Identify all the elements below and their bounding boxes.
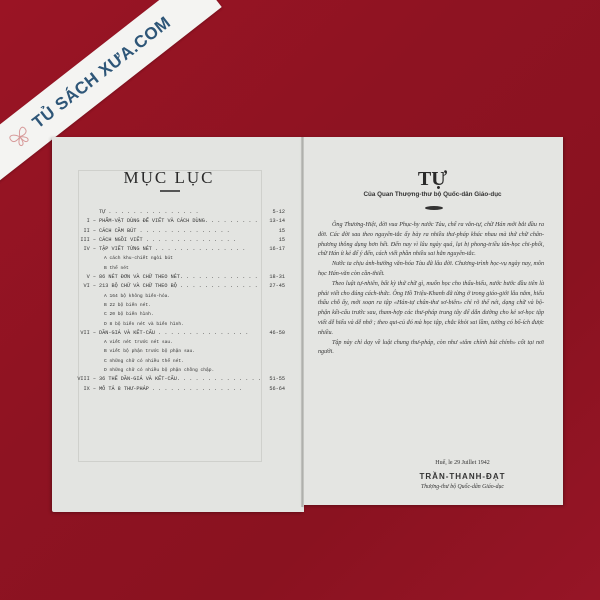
- toc-label: PHẨM-VẬT DÙNG ĐỂ VIẾT VÀ CÁCH DÙNG. . . …: [99, 217, 261, 226]
- preface-body: Ông Thương-Hiệt, đời vua Phục-hy nước Tà…: [318, 221, 544, 358]
- toc-entry: VII –DẦN-GIÁ VÀ KẾT-CẤU . . . . . . . . …: [70, 329, 285, 338]
- table-of-contents: TỰ . . . . . . . . . . . . . . .5-12I –P…: [70, 208, 285, 394]
- toc-num: IV –: [70, 245, 99, 254]
- toc-label: TẬP VIẾT TỪNG NÉT . . . . . . . . . . . …: [99, 245, 261, 254]
- toc-subentry: D những chữ có nhiều bộ phận chồng chập.: [70, 366, 214, 375]
- toc-subentry: A viết nét trước nét sau.: [70, 338, 173, 347]
- toc-entry: TỰ . . . . . . . . . . . . . . .5-12: [70, 208, 285, 217]
- toc-num: I –: [70, 217, 99, 226]
- toc-num: VI –: [70, 282, 99, 291]
- toc-page: 16-17: [261, 245, 285, 254]
- toc-num: [70, 208, 99, 217]
- preface-paragraph: Tập này chỉ dạy về luật chung thư-pháp, …: [318, 339, 544, 359]
- toc-entry: A 164 bộ không biến-hóa.: [70, 292, 285, 301]
- toc-entry: B thể nét: [70, 264, 285, 273]
- toc-label: CÁCH NGỒI VIẾT . . . . . . . . . . . . .…: [99, 236, 261, 245]
- toc-subentry: B thể nét: [70, 264, 129, 273]
- toc-entry: III –CÁCH NGỒI VIẾT . . . . . . . . . . …: [70, 236, 285, 245]
- toc-entry: I –PHẨM-VẬT DÙNG ĐỂ VIẾT VÀ CÁCH DÙNG. .…: [70, 217, 285, 226]
- author-title: Thượng-thư bộ Quốc-dân Giáo-dục: [302, 484, 563, 490]
- toc-entry: II –CÁCH CẦM BÚT . . . . . . . . . . . .…: [70, 227, 285, 236]
- toc-label: 86 NÉT ĐƠN VÀ CHỮ THEO NÉT. . . . . . . …: [99, 273, 261, 282]
- toc-entry: C 20 bộ biến hình.: [70, 310, 285, 319]
- toc-subentry: C 20 bộ biến hình.: [70, 310, 154, 319]
- toc-label: MÔ TẢ 8 THƯ-PHÁP . . . . . . . . . . . .…: [99, 385, 261, 394]
- toc-entry: A viết nét trước nét sau.: [70, 338, 285, 347]
- toc-label: 36 THẾ DẦN-GIÁ VÀ KẾT-CẤU. . . . . . . .…: [99, 375, 261, 384]
- toc-page: 15: [261, 227, 285, 236]
- toc-entry: B viết bộ phận trước bộ phận sau.: [70, 347, 285, 356]
- toc-entry: V –86 NÉT ĐƠN VÀ CHỮ THEO NÉT. . . . . .…: [70, 273, 285, 282]
- toc-num: VII –: [70, 329, 99, 338]
- place-date: Huế, le 29 Juillet 1942: [302, 460, 563, 466]
- toc-label: CÁCH CẦM BÚT . . . . . . . . . . . . . .…: [99, 227, 261, 236]
- toc-page: 27-45: [261, 282, 285, 291]
- toc-subentry: B viết bộ phận trước bộ phận sau.: [70, 347, 195, 356]
- toc-num: VIII –: [70, 375, 99, 384]
- open-book: MỤC LỤC TỰ . . . . . . . . . . . . . . .…: [0, 0, 600, 600]
- ornament-divider: [160, 190, 180, 192]
- toc-entry: IV –TẬP VIẾT TỪNG NÉT . . . . . . . . . …: [70, 245, 285, 254]
- preface-paragraph: Ông Thương-Hiệt, đời vua Phục-hy nước Tà…: [318, 221, 544, 260]
- toc-num: IX –: [70, 385, 99, 394]
- preface-paragraph: Theo luật tự-nhiên, bất kỳ thứ chữ gì, m…: [318, 280, 544, 339]
- toc-page: 46-50: [261, 329, 285, 338]
- toc-page: 13-14: [261, 217, 285, 226]
- toc-entry: VIII –36 THẾ DẦN-GIÁ VÀ KẾT-CẤU. . . . .…: [70, 375, 285, 384]
- toc-page: 56-64: [261, 385, 285, 394]
- toc-label: 213 BỘ CHỮ VÀ CHỮ THEO BỘ . . . . . . . …: [99, 282, 261, 291]
- toc-page: 15: [261, 236, 285, 245]
- toc-subentry: C những chữ có nhiều thể nét.: [70, 357, 184, 366]
- toc-entry: D 8 bộ biến nét và biến hình.: [70, 320, 285, 329]
- toc-num: V –: [70, 273, 99, 282]
- toc-label: TỰ . . . . . . . . . . . . . . .: [99, 208, 261, 217]
- toc-page: 51-55: [261, 375, 285, 384]
- toc-subentry: A 164 bộ không biến-hóa.: [70, 292, 170, 301]
- toc-entry: D những chữ có nhiều bộ phận chồng chập.: [70, 366, 285, 375]
- author-name: TRẦN-THANH-ĐẠT: [302, 472, 563, 481]
- toc-page: 18-31: [261, 273, 285, 282]
- preface-subtitle: Của Quan Thượng-thư bộ Quốc-dân Giáo-dục: [302, 191, 563, 198]
- toc-entry: B 22 bộ biến nét.: [70, 301, 285, 310]
- toc-label: DẦN-GIÁ VÀ KẾT-CẤU . . . . . . . . . . .…: [99, 329, 261, 338]
- preface-title: TỰ: [302, 168, 563, 191]
- toc-page: 5-12: [261, 208, 285, 217]
- toc-subentry: A cách khu-chiết ngòi bút: [70, 254, 173, 263]
- toc-entry: A cách khu-chiết ngòi bút: [70, 254, 285, 263]
- toc-entry: VI –213 BỘ CHỮ VÀ CHỮ THEO BỘ . . . . . …: [70, 282, 285, 291]
- toc-num: II –: [70, 227, 99, 236]
- toc-entry: IX –MÔ TẢ 8 THƯ-PHÁP . . . . . . . . . .…: [70, 385, 285, 394]
- toc-subentry: D 8 bộ biến nét và biến hình.: [70, 320, 184, 329]
- toc-subentry: B 22 bộ biến nét.: [70, 301, 151, 310]
- preface-paragraph: Nước ta chịu ảnh-hưởng văn-hóa Tàu đã lâ…: [318, 260, 544, 280]
- toc-title: MỤC LỤC: [78, 168, 260, 188]
- swash-divider: [425, 206, 443, 210]
- toc-num: III –: [70, 236, 99, 245]
- toc-entry: C những chữ có nhiều thể nét.: [70, 357, 285, 366]
